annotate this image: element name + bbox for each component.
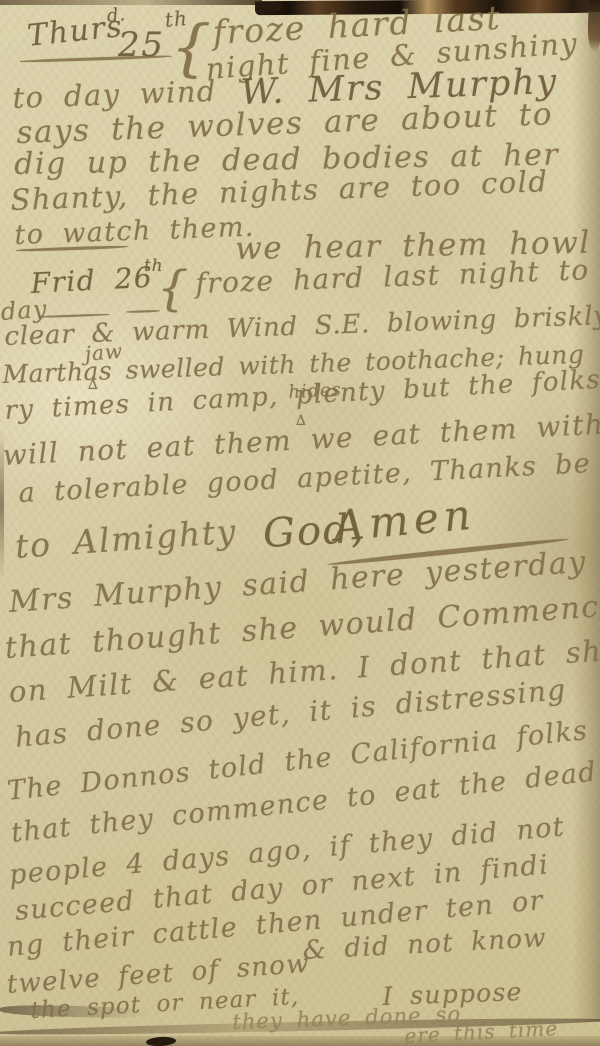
page-edge-shadow [572,12,600,1022]
diary-line: to Almighty [14,515,238,563]
margin-dash [38,313,110,318]
entry-date-friday: Frid 26 [30,264,154,298]
word-amen: Amen [332,494,477,548]
superscript-d-icon: d. [106,6,127,26]
margin-dash-2 [126,310,160,313]
diary-line: to day wind [12,77,217,113]
date-number-25: 25 [118,28,165,62]
entry-brace: { [156,264,191,313]
diary-line: to watch them. [14,214,255,249]
diary-page-photo: Thurs d. 25 th { froze hard last night f… [0,0,600,1046]
binding-edge-left [0,0,262,5]
binding-corner-right [587,0,600,52]
bottom-tear-spot [146,1036,176,1046]
diary-line: ere this time [404,1018,559,1046]
